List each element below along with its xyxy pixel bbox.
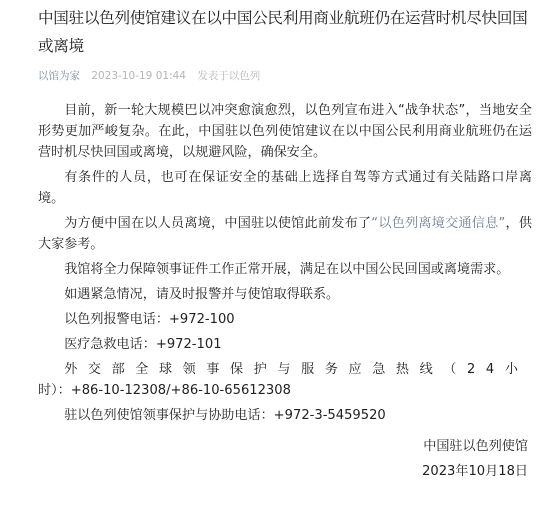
paragraph-emergency: 如遇紧急情况，请及时报警并与使馆取得联系。 bbox=[38, 284, 532, 305]
paragraph-traffic-info: 为方便中国在以人员离境，中国驻以使馆此前发布了“以色列离境交通信息”，供大家参考… bbox=[38, 213, 532, 255]
embassy-phone: 驻以色列使馆领事保护与协助电话：+972-3-5459520 bbox=[38, 405, 532, 426]
mfa-hotline: 外交部全球领事保护与服务应急热线（24小时）：+86-10-12308/+86-… bbox=[38, 359, 532, 401]
signature-block: 中国驻以色列使馆 2023年10月18日 bbox=[422, 434, 528, 484]
article-body: 目前，新一轮大规模巴以冲突愈演愈烈，以色列宣布进入“战争状态”，当地安全形势更加… bbox=[38, 100, 532, 430]
hotline-numbers: 时）：+86-10-12308/+86-10-65612308 bbox=[12, 380, 291, 401]
police-phone: 以色列报警电话：+972-100 bbox=[38, 309, 532, 330]
paragraph-land-exit: 有条件的人员，也可在保证安全的基础上选择自驾等方式通过有关陆路口岸离境。 bbox=[38, 167, 532, 209]
signature-org: 中国驻以色列使馆 bbox=[422, 434, 528, 459]
paragraph-intro: 目前，新一轮大规模巴以冲突愈演愈烈，以色列宣布进入“战争状态”，当地安全形势更加… bbox=[38, 100, 532, 163]
signature-date: 2023年10月18日 bbox=[422, 459, 528, 484]
traffic-info-link[interactable]: “以色列离境交通信息” bbox=[371, 216, 505, 231]
article-title: 中国驻以色列使馆建议在以中国公民利用商业航班仍在运营时机尽快回国或离境 bbox=[38, 4, 532, 60]
article-meta: 以馆为家 2023-10-19 01:44 发表于以色列 bbox=[38, 69, 532, 83]
publish-time: 2023-10-19 01:44 bbox=[91, 70, 186, 82]
publish-location: 发表于以色列 bbox=[197, 70, 260, 82]
article-header: 中国驻以色列使馆建议在以中国公民利用商业航班仍在运营时机尽快回国或离境 以馆为家… bbox=[38, 4, 532, 83]
paragraph-text: 为方便中国在以人员离境，中国驻以使馆此前发布了 bbox=[64, 216, 371, 231]
author-name[interactable]: 以馆为家 bbox=[38, 70, 80, 82]
hotline-label: 外交部全球领事保护与服务应急热线（24小 bbox=[64, 362, 528, 377]
medical-phone: 医疗急救电话：+972-101 bbox=[38, 334, 532, 355]
paragraph-consular-service: 我馆将全力保障领事证件工作正常开展，满足在以中国公民回国或离境需求。 bbox=[38, 259, 532, 280]
